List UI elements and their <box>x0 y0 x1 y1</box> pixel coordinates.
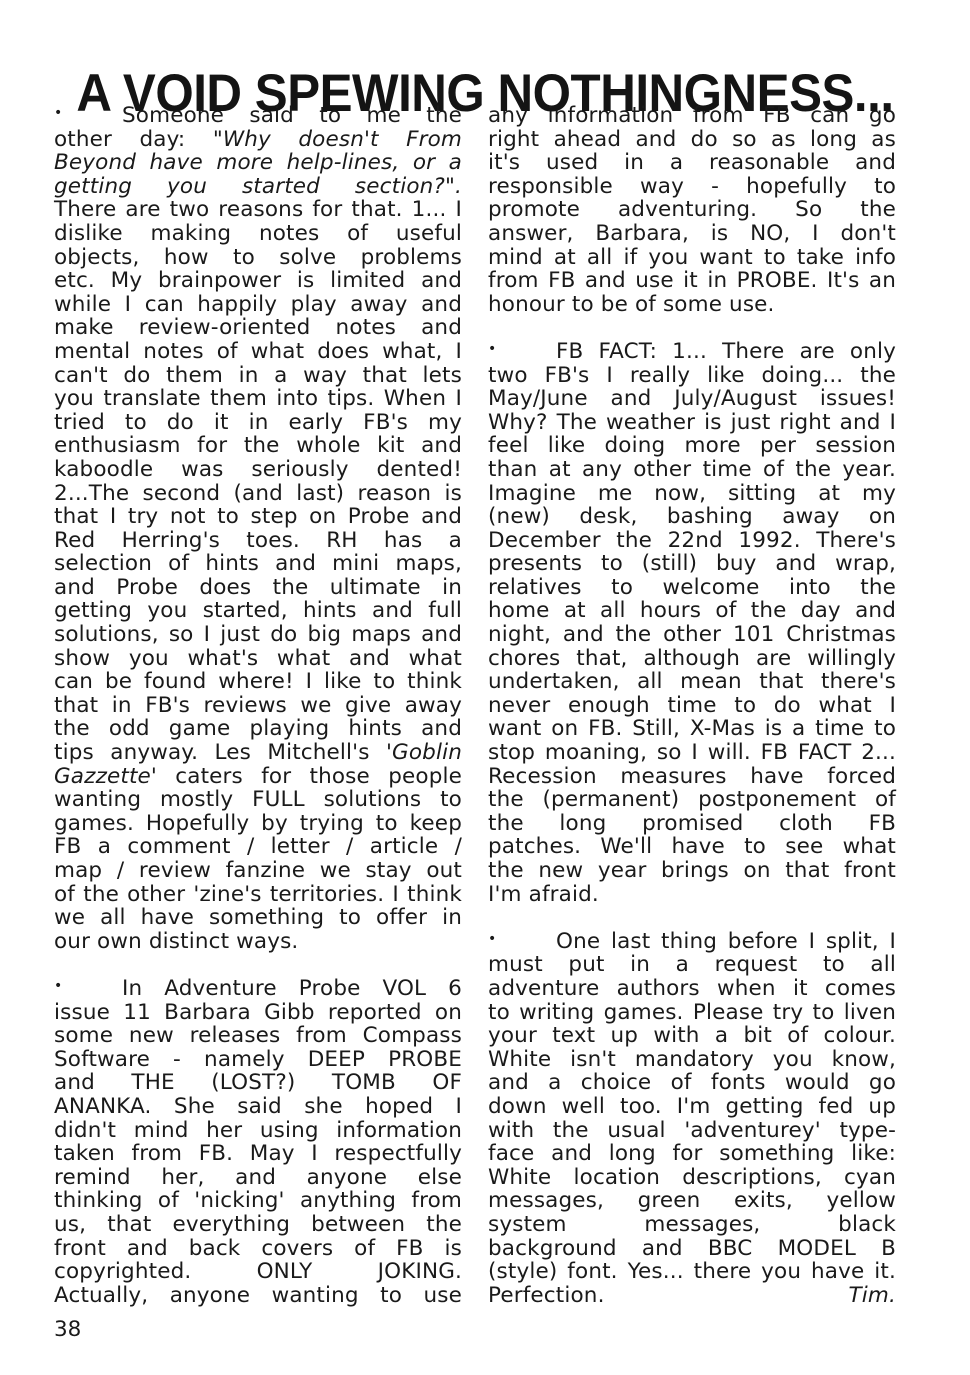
text-line: make review-oriented notes and <box>54 316 462 340</box>
paragraph-gap <box>488 906 896 930</box>
text-line: taken from FB. May I respectfully <box>54 1142 462 1166</box>
author-signature: Tim. <box>849 1284 896 1308</box>
text-line: White location descriptions, cyan <box>488 1166 896 1190</box>
text-line: any information from FB can go <box>488 104 896 128</box>
paragraph-adventure-probe: •In Adventure Probe VOL 6 issue 11 Barba… <box>54 977 462 1307</box>
text-line: relatives to welcome into the <box>488 576 896 600</box>
text-line: and Probe does the ultimate in <box>54 576 462 600</box>
quote-line: getting you started section?". <box>54 175 462 199</box>
zine-title: 'Goblin <box>386 740 462 765</box>
text-line: of the other 'zine's territories. I thin… <box>54 883 462 907</box>
paragraph-gap <box>54 953 462 977</box>
text-line: answer, Barbara, is NO, I don't <box>488 222 896 246</box>
text-line: your text up with a bit of colour. <box>488 1024 896 1048</box>
text-line: home at all hours of the day and <box>488 599 896 623</box>
paragraph-gap <box>488 316 896 340</box>
text-line: it's used in a reasonable and <box>488 151 896 175</box>
text-line: Why? The weather is just right and I <box>488 411 896 435</box>
text-line: the long promised cloth FB <box>488 812 896 836</box>
text-line: tips anyway. Les Mitchell's 'Goblin <box>54 741 462 765</box>
bullet-icon: • <box>54 975 122 999</box>
text-line: messages, green exits, yellow <box>488 1189 896 1213</box>
text-line: thinking of 'nicking' anything from <box>54 1189 462 1213</box>
text-line: copyrighted. ONLY JOKING. <box>54 1260 462 1284</box>
text-line: kaboodle was seriously dented! <box>54 458 462 482</box>
text-line: dislike making notes of useful <box>54 222 462 246</box>
zine-title: Gazzette' <box>54 764 157 789</box>
text-line: games. Hopefully by trying to keep <box>54 812 462 836</box>
text-line: Recession measures have forced <box>488 765 896 789</box>
text-line: the new year brings on that front <box>488 859 896 883</box>
text-line: I'm afraid. <box>488 883 896 907</box>
left-column: •Someone said to me the other day: "Why … <box>54 104 462 1307</box>
text-line: while I can happily play away and <box>54 293 462 317</box>
text-line: never enough time to do what I <box>488 694 896 718</box>
text-line: adventure authors when it comes <box>488 977 896 1001</box>
text-line: ANANKA. She said she hoped I <box>54 1095 462 1119</box>
text-line: selection of hints and mini maps, <box>54 552 462 576</box>
text-line: patches. We'll have to see what <box>488 835 896 859</box>
text-line: that I try not to step on Probe and <box>54 505 462 529</box>
text-line: with the usual 'adventurey' type- <box>488 1119 896 1143</box>
text-line: •In Adventure Probe VOL 6 <box>54 977 462 1001</box>
text-line: presents to (still) buy and wrap, <box>488 552 896 576</box>
text-line: the (permanent) postponement of <box>488 788 896 812</box>
text-line: Actually, anyone wanting to use <box>54 1284 462 1308</box>
text-line: stop moaning, so I will. FB FACT 2... <box>488 741 896 765</box>
page-number: 38 <box>54 1318 81 1342</box>
text-line: solutions, so I just do big maps and <box>54 623 462 647</box>
bullet-icon: • <box>488 928 556 952</box>
text-line: than at any other time of the year. <box>488 458 896 482</box>
text-line: us, that everything between the <box>54 1213 462 1237</box>
text-line: May/June and July/August issues! <box>488 387 896 411</box>
text-line: getting you started, hints and full <box>54 599 462 623</box>
text-line: Software - namely DEEP PROBE <box>54 1048 462 1072</box>
text-line: wanting mostly FULL solutions to <box>54 788 462 812</box>
text-line: December the 22nd 1992. There's <box>488 529 896 553</box>
text-line: from FB and use it in PROBE. It's an <box>488 269 896 293</box>
text-line: night, and the other 101 Christmas <box>488 623 896 647</box>
text-line: and a choice of fonts would go <box>488 1071 896 1095</box>
text-line: mind at all if you want to take info <box>488 246 896 270</box>
text-line: want on FB. Still, X-Mas is a time to <box>488 717 896 741</box>
text-line: tried to do it in early FB's my <box>54 411 462 435</box>
quote-line: Beyond have more help-lines, or a <box>54 151 462 175</box>
text-line: right ahead and do so as long as <box>488 128 896 152</box>
text-line: FB a comment / letter / article / <box>54 835 462 859</box>
paragraph-request: •One last thing before I split, I must p… <box>488 930 896 1308</box>
paragraph-help-lines: •Someone said to me the other day: "Why … <box>54 104 462 953</box>
text-line: There are two reasons for that. 1... I <box>54 198 462 222</box>
paragraph-continued: any information from FB can go right ahe… <box>488 104 896 316</box>
text-line: you translate them into tips. When I <box>54 387 462 411</box>
text-line: mental notes of what does what, I <box>54 340 462 364</box>
text-line: Gazzette' caters for those people <box>54 765 462 789</box>
text-line: didn't mind her using information <box>54 1119 462 1143</box>
text-line: show you what's what and what <box>54 647 462 671</box>
paragraph-fb-fact: •FB FACT: 1... There are only two FB's I… <box>488 340 896 906</box>
text-line: front and back covers of FB is <box>54 1237 462 1261</box>
text-line: honour to be of some use. <box>488 293 896 317</box>
text-line: undertaken, all mean that there's <box>488 670 896 694</box>
text-line: issue 11 Barbara Gibb reported on <box>54 1001 462 1025</box>
text-line: remind her, and anyone else <box>54 1166 462 1190</box>
text-line: face and long for something like: <box>488 1142 896 1166</box>
bullet-icon: • <box>54 102 122 126</box>
text-line: responsible way - hopefully to <box>488 175 896 199</box>
text-line: must put in a request to all <box>488 953 896 977</box>
text-line: our own distinct ways. <box>54 930 462 954</box>
text-line: that in FB's reviews we give away <box>54 694 462 718</box>
text-line: feel like doing more per session <box>488 434 896 458</box>
text-line: promote adventuring. So the <box>488 198 896 222</box>
quote-text: "Why doesn't From <box>213 127 462 152</box>
text-line: chores that, although are willingly <box>488 647 896 671</box>
text-line: the odd game playing hints and <box>54 717 462 741</box>
text-line: background and BBC MODEL B <box>488 1237 896 1261</box>
text-line: two FB's I really like doing... the <box>488 364 896 388</box>
text-line: Perfection.Tim. <box>488 1284 896 1308</box>
text-line: •FB FACT: 1... There are only <box>488 340 896 364</box>
right-column: any information from FB can go right ahe… <box>488 104 896 1307</box>
text-line: 2...The second (and last) reason is <box>54 482 462 506</box>
text-line: can't do them in a way that lets <box>54 364 462 388</box>
text-line: can be found where! I like to think <box>54 670 462 694</box>
text-line: down well too. I'm getting fed up <box>488 1095 896 1119</box>
text-line: (new) desk, bashing away on <box>488 505 896 529</box>
text-line: (style) font. Yes... there you have it. <box>488 1260 896 1284</box>
text-line: to writing games. Please try to liven <box>488 1001 896 1025</box>
text-line: Imagine me now, sitting at my <box>488 482 896 506</box>
text-line: map / review fanzine we stay out <box>54 859 462 883</box>
text-line: other day: "Why doesn't From <box>54 128 462 152</box>
text-line: system messages, black <box>488 1213 896 1237</box>
text-line: we all have something to offer in <box>54 906 462 930</box>
bullet-icon: • <box>488 338 556 362</box>
text-line: enthusiasm for the whole kit and <box>54 434 462 458</box>
text-line: and THE (LOST?) TOMB OF <box>54 1071 462 1095</box>
text-line: some new releases from Compass <box>54 1024 462 1048</box>
text-line: Red Herring's toes. RH has a <box>54 529 462 553</box>
text-line: objects, how to solve problems <box>54 246 462 270</box>
text-line: etc. My brainpower is limited and <box>54 269 462 293</box>
text-line: •One last thing before I split, I <box>488 930 896 954</box>
text-line: •Someone said to me the <box>54 104 462 128</box>
text-line: White isn't mandatory you know, <box>488 1048 896 1072</box>
